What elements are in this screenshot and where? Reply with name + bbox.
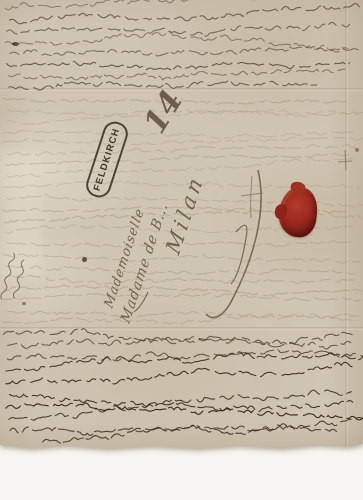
foxing-spot bbox=[22, 302, 26, 305]
letter-paper: FELDKIRCH 14 Mademoiselle Madame de B...… bbox=[0, 0, 363, 449]
handwriting-bottom-block bbox=[3, 322, 363, 445]
foxing-spot bbox=[355, 148, 359, 152]
foxing-spot bbox=[82, 257, 87, 262]
letter-scan: FELDKIRCH 14 Mademoiselle Madame de B...… bbox=[0, 0, 363, 449]
foxing-spot bbox=[12, 42, 19, 46]
